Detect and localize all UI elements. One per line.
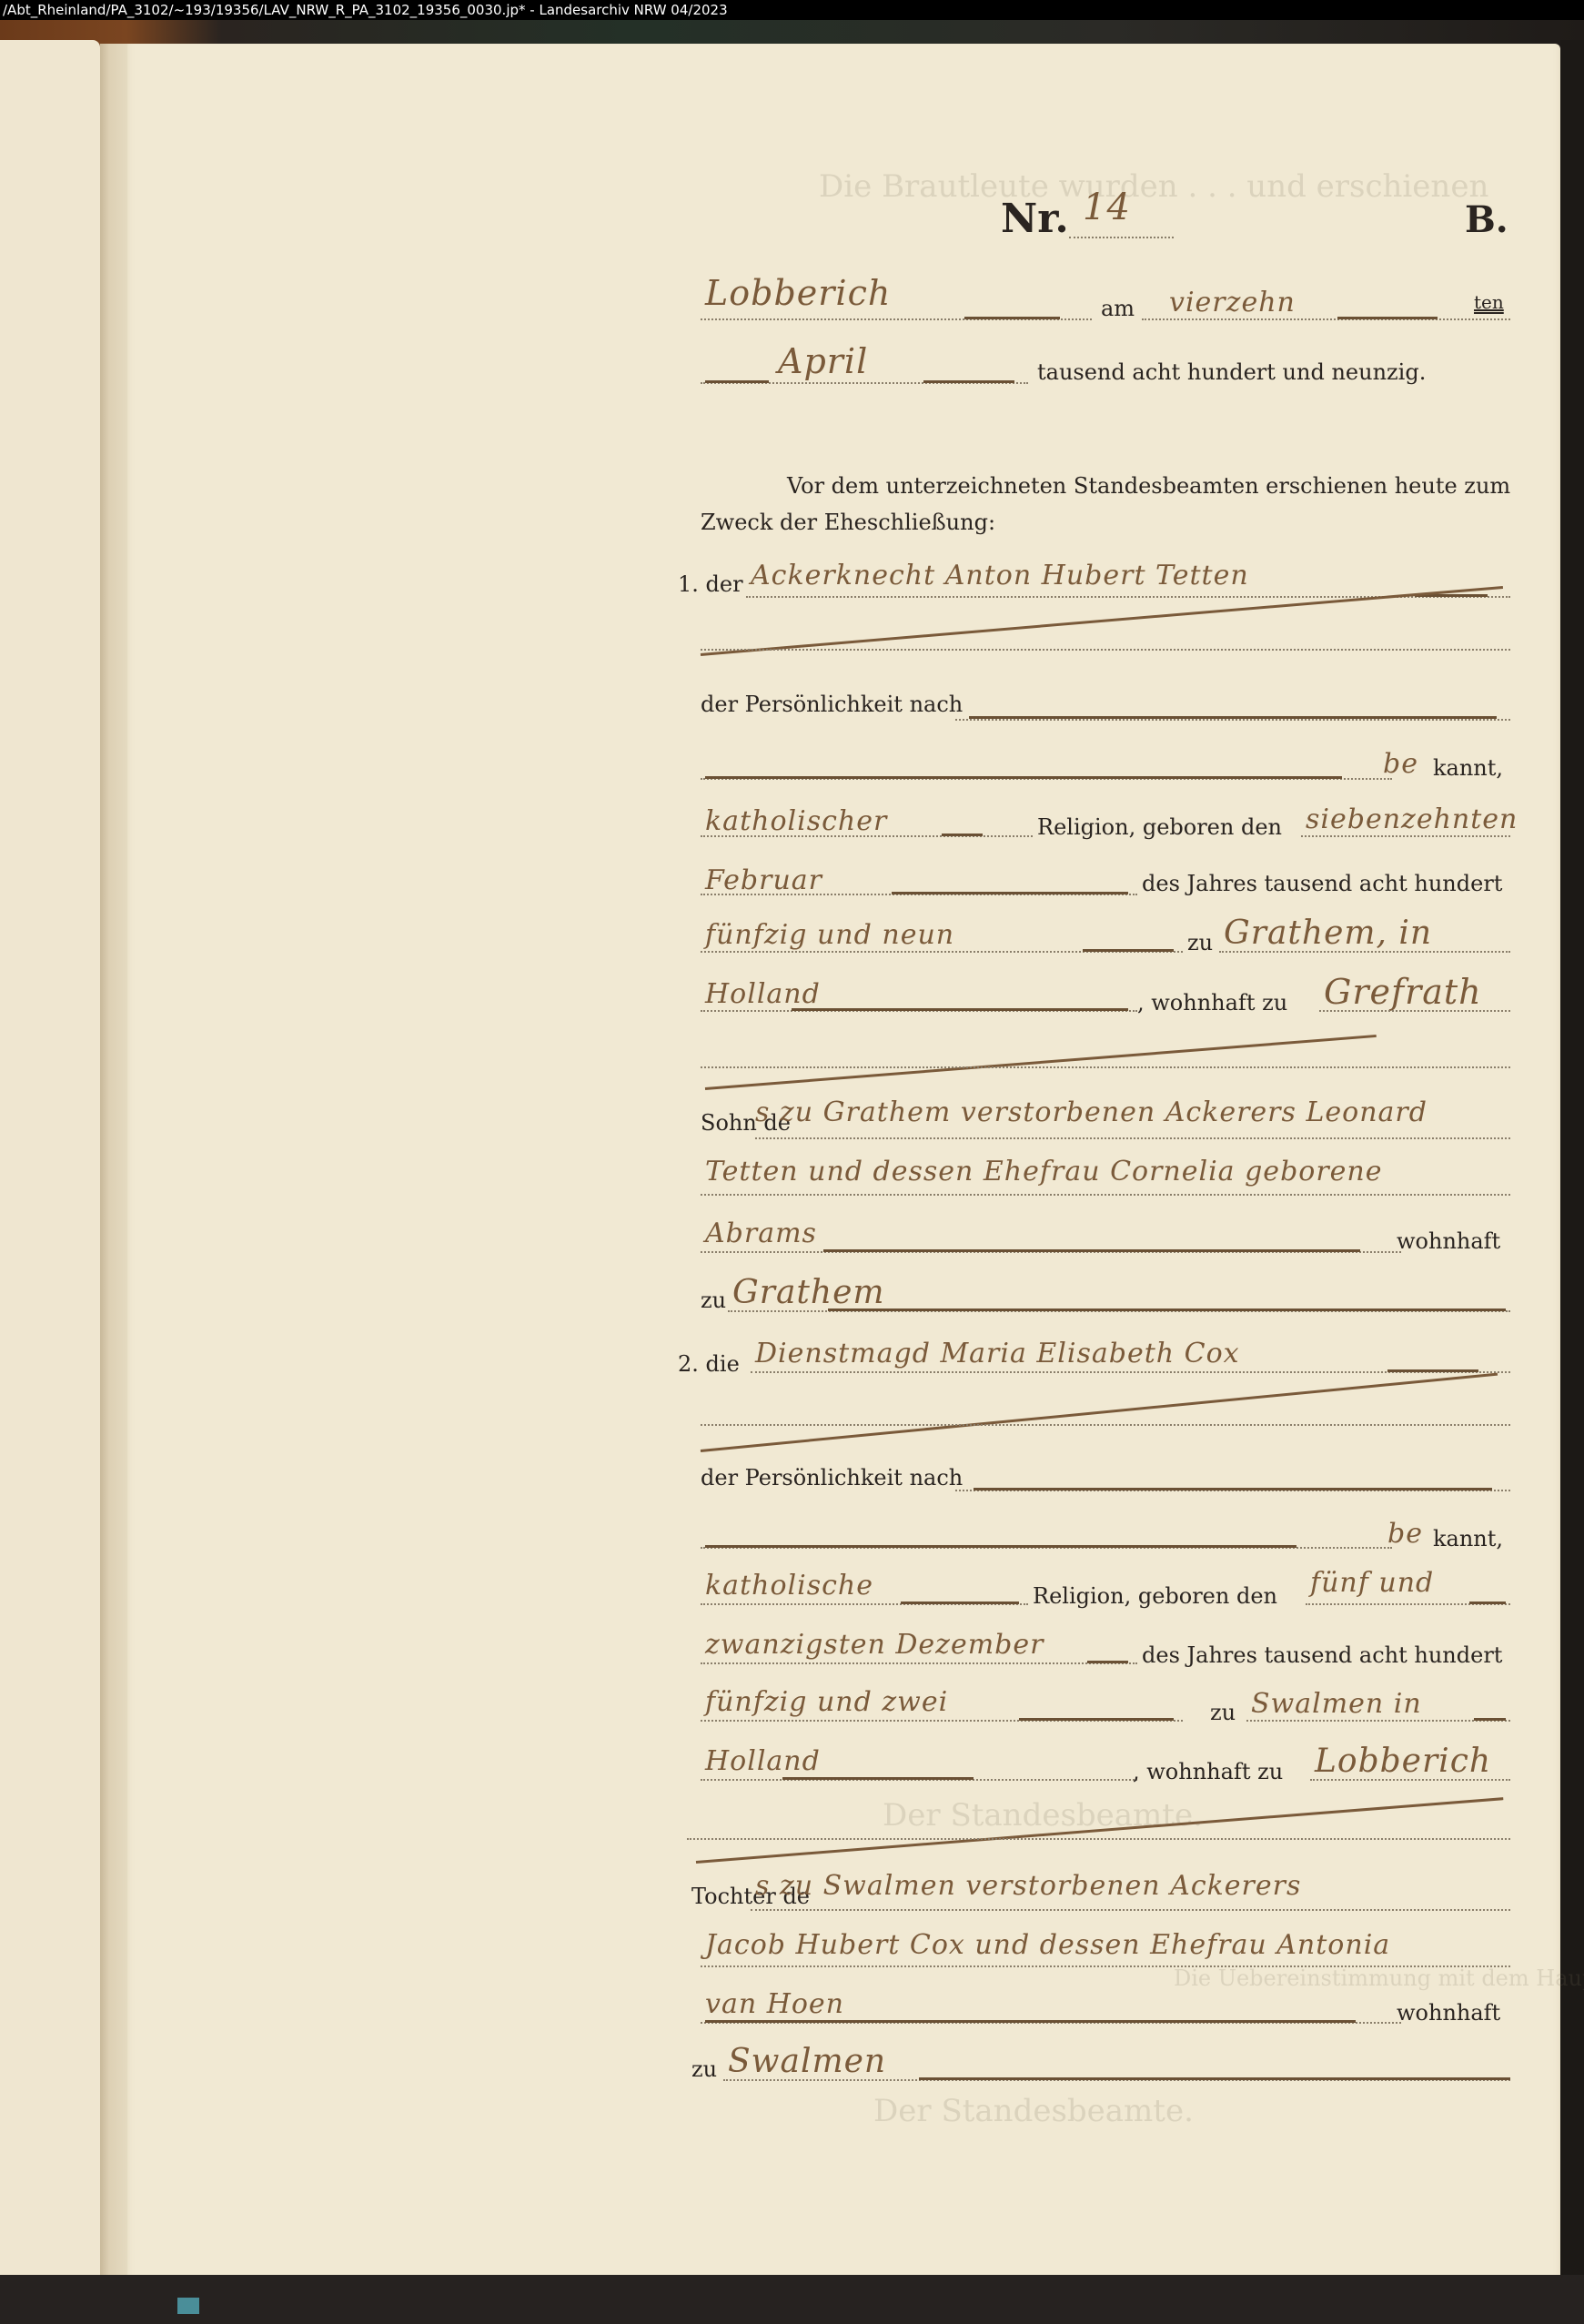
bride-birth-place-2: Holland: [705, 1745, 821, 1777]
day-value: vierzehn: [1169, 287, 1296, 318]
bride-known-fill: [705, 1545, 1296, 1548]
groom-personality-fill: [969, 716, 1497, 719]
groom-birth-month: Februar: [705, 864, 822, 896]
groom-religion-label: Religion, geboren den: [1037, 814, 1282, 840]
groom-zu-label: zu: [1187, 930, 1213, 955]
month-fill-line-2: [923, 380, 1014, 383]
record-number-label: Nr.: [1001, 196, 1069, 242]
bride-parents-3: van Hoen: [705, 1988, 844, 2020]
bride-residence-line: [1310, 1779, 1510, 1781]
bride-birth-day-2-line: [701, 1662, 1137, 1664]
bride-extra-line: [701, 1424, 1510, 1426]
groom-residence-label: , wohnhaft zu: [1137, 990, 1287, 1015]
bride-year-label: des Jahres tausend acht hundert: [1142, 1642, 1502, 1668]
groom-residence: Grefrath: [1324, 972, 1482, 1012]
groom-birth-place-2-fill: [792, 1008, 1128, 1011]
bride-birth-day-fill: [1469, 1602, 1506, 1604]
bride-religion: katholische: [705, 1570, 873, 1602]
bride-personality-fill: [974, 1488, 1492, 1490]
book-gutter: [100, 44, 131, 2291]
record-number-line: [1069, 237, 1174, 238]
groom-parents-1: s zu Grathem verstorbenen Ackerers Leona…: [755, 1096, 1428, 1128]
groom-personality-line: [955, 719, 1510, 721]
left-page: [0, 40, 100, 2288]
groom-religion-line: [701, 835, 1033, 837]
record-section: B.: [1465, 198, 1508, 241]
groom-birth-day: siebenzehnten: [1306, 803, 1518, 835]
bride-residence-extra-line: [687, 1838, 1510, 1840]
bride-parents-1-line: [751, 1909, 1510, 1911]
place-value: Lobberich: [705, 273, 891, 313]
bride-birth-year-fill: [1019, 1718, 1174, 1721]
groom-birth-year: fünfzig und neun: [705, 919, 954, 951]
groom-parents-1-line: [755, 1137, 1510, 1139]
bride-birth-day-2-fill: [1087, 1661, 1128, 1663]
bride-birth-place-line: [1246, 1720, 1510, 1722]
bride-religion-fill: [901, 1602, 1019, 1604]
bride-parents-3-fill: [705, 2020, 1356, 2023]
groom-parents-3: Abrams: [705, 1218, 817, 1249]
am-label: am: [1101, 296, 1135, 321]
bride-name: Dienstmagd Maria Elisabeth Cox: [755, 1338, 1240, 1369]
intro-line-2: Zweck der Eheschließung:: [701, 510, 995, 535]
groom-name: Ackerknecht Anton Hubert Tetten: [751, 560, 1249, 591]
month-value: April: [778, 341, 868, 381]
bride-zu-label: zu: [1210, 1700, 1236, 1725]
ten-suffix: ten: [1474, 291, 1504, 313]
book-cover-right: [1560, 40, 1584, 2288]
bride-residence: Lobberich: [1315, 1743, 1491, 1780]
bleed-through-signature-1: Der Standesbeamte.: [883, 1797, 1203, 1834]
groom-known-prefix: be: [1383, 748, 1418, 780]
book-cover-bottom: [0, 2275, 1584, 2324]
bride-number: 2. die: [678, 1351, 740, 1377]
bride-parents-residence-fill: [919, 2077, 1510, 2080]
groom-parents-residence: Grathem: [732, 1274, 885, 1311]
bride-birth-place: Swalmen in: [1251, 1688, 1422, 1720]
groom-parents-2-line: [701, 1194, 1510, 1196]
bride-parents-zu: zu: [691, 2056, 717, 2082]
groom-parents-zu: zu: [701, 1288, 726, 1313]
groom-parents-2: Tetten und dessen Ehefrau Cornelia gebor…: [705, 1156, 1383, 1187]
bride-birth-year: fünfzig und zwei: [705, 1686, 948, 1718]
groom-number: 1. der: [678, 571, 743, 597]
year-text: tausend acht hundert und neunzig.: [1037, 359, 1426, 385]
bleed-through-signature-2: Der Standesbeamte.: [873, 2093, 1194, 2129]
groom-personality-label: der Persönlichkeit nach: [701, 692, 963, 717]
groom-birth-place-line: [1219, 951, 1510, 953]
bride-parents-residence-label: wohnhaft: [1397, 2000, 1500, 2026]
groom-known-fill: [705, 776, 1342, 779]
bride-birth-day-2: zwanzigsten Dezember: [705, 1629, 1044, 1661]
bleed-through-top: Die Brautleute wurden . . . und erschien…: [819, 168, 1488, 205]
bride-parents-residence: Swalmen: [728, 2043, 886, 2080]
groom-residence-line: [1319, 1010, 1510, 1012]
bride-religion-label: Religion, geboren den: [1033, 1583, 1277, 1609]
groom-birth-day-line: [1301, 835, 1510, 837]
groom-year-label: des Jahres tausend acht hundert: [1142, 871, 1502, 896]
groom-birth-month-fill: [892, 892, 1128, 894]
bride-birth-day: fünf und: [1310, 1567, 1434, 1599]
groom-known-suffix: kannt,: [1433, 755, 1503, 781]
groom-religion-fill: [942, 834, 983, 836]
bride-known-suffix: kannt,: [1433, 1526, 1503, 1551]
place-fill-line: [964, 317, 1060, 319]
record-number-value: 14: [1083, 187, 1131, 228]
intro-line-1: Vor dem unterzeichneten Standesbeamten e…: [787, 473, 1510, 499]
groom-religion: katholischer: [705, 805, 887, 837]
groom-birth-place: Grathem, in: [1224, 914, 1432, 952]
bride-residence-label: , wohnhaft zu: [1133, 1759, 1283, 1784]
bookmark-ribbon: [177, 2298, 199, 2314]
bride-personality-label: der Persönlichkeit nach: [701, 1465, 963, 1490]
month-fill-line-1: [705, 380, 769, 383]
groom-parents-3-fill: [823, 1249, 1360, 1252]
bride-birth-place-2-fill: [782, 1777, 974, 1780]
bride-parents-1: s zu Swalmen verstorbenen Ackerers: [755, 1870, 1301, 1902]
bride-parents-2-line: [701, 1965, 1510, 1967]
bride-birth-place-fill: [1474, 1718, 1506, 1721]
groom-birth-place-2: Holland: [705, 978, 821, 1010]
day-line: [1142, 318, 1510, 320]
groom-parents-residence-fill: [828, 1309, 1506, 1311]
bride-name-fill: [1387, 1369, 1478, 1372]
window-title: /Abt_Rheinland/PA_3102/~193/19356/LAV_NR…: [0, 0, 1584, 20]
bleed-through-certification: Die Uebereinstimmung mit dem Hauptregist…: [1174, 1965, 1584, 1991]
groom-residence-extra-line: [701, 1066, 1510, 1068]
bride-known-prefix: be: [1387, 1518, 1423, 1550]
groom-birth-year-fill: [1083, 949, 1174, 952]
day-fill-line: [1337, 317, 1438, 319]
groom-parents-residence-label: wohnhaft: [1397, 1228, 1500, 1254]
groom-extra-line: [701, 649, 1510, 651]
bride-parents-2: Jacob Hubert Cox und dessen Ehefrau Anto…: [705, 1929, 1390, 1961]
